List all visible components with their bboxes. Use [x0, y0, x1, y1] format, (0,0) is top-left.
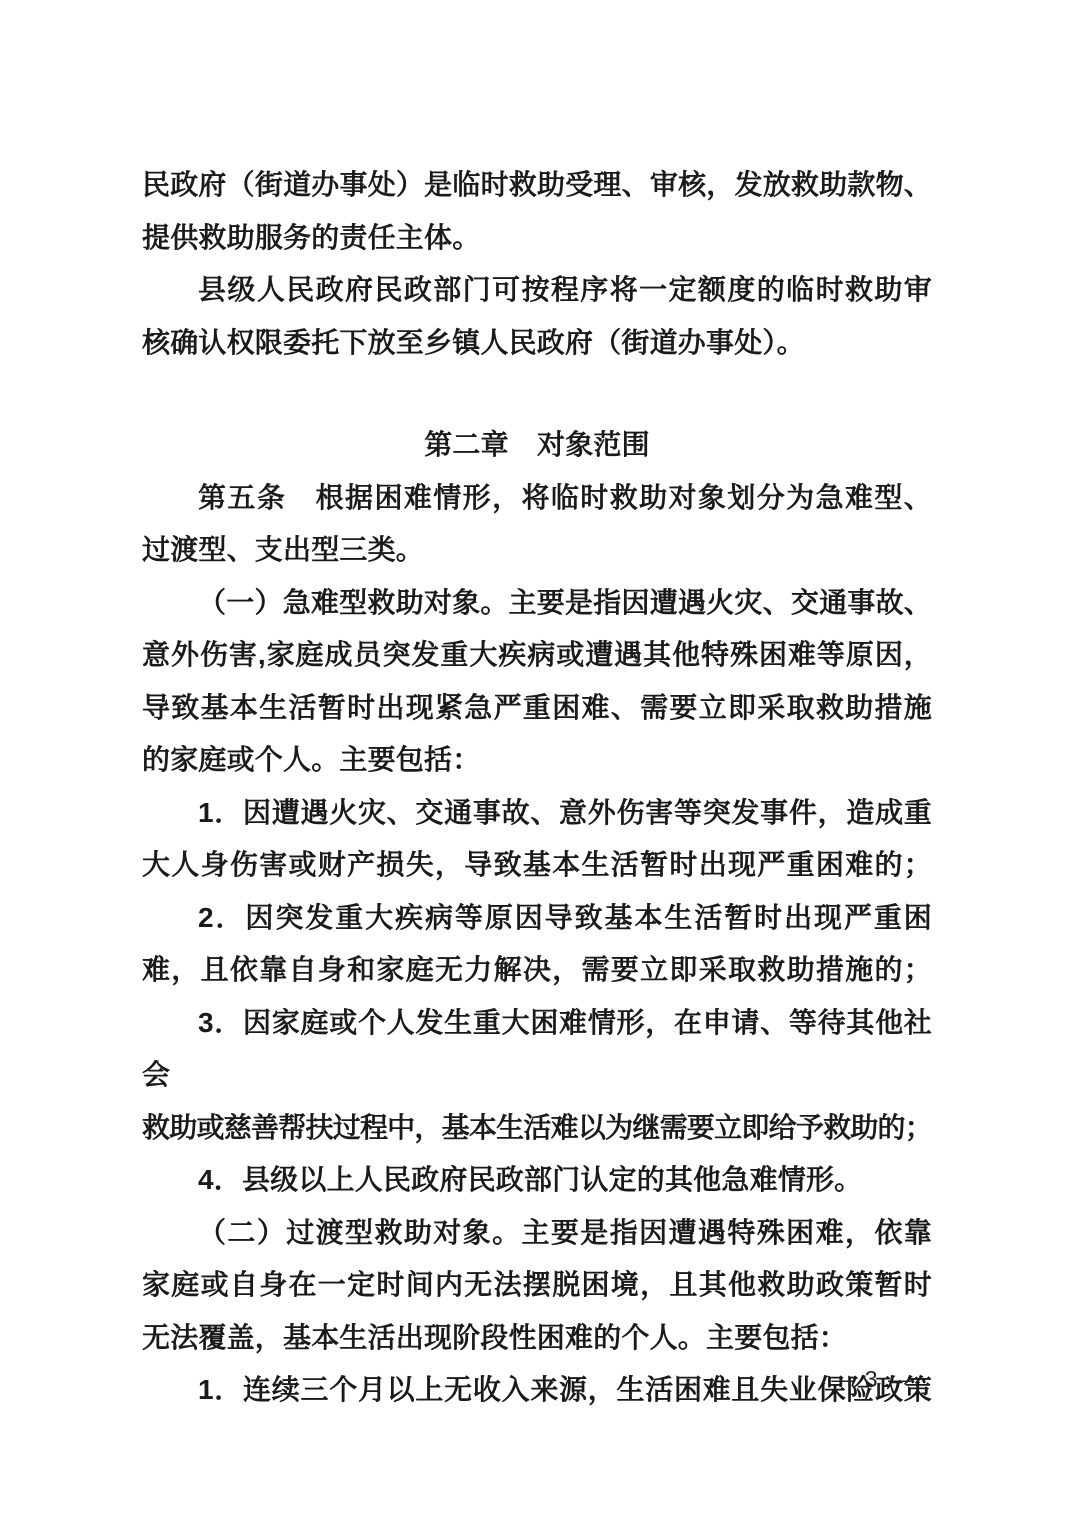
document-line: 导致基本生活暂时出现紧急严重困难、需要立即采取救助措施	[142, 682, 932, 735]
document-line: 难，且依靠自身和家庭无力解决，需要立即采取救助措施的；	[142, 944, 932, 997]
document-line: 2．因突发重大疾病等原因导致基本生活暂时出现严重困	[142, 892, 932, 945]
document-line: 提供救助服务的责任主体。	[142, 212, 932, 265]
document-line: （一）急难型救助对象。主要是指因遭遇火灾、交通事故、	[142, 577, 932, 630]
document-line: 过渡型、支出型三类。	[142, 524, 932, 577]
document-line: 第五条 根据困难情形，将临时救助对象划分为急难型、	[142, 472, 932, 525]
document-line: 救助或慈善帮扶过程中，基本生活难以为继需要立即给予救助的；	[142, 1102, 932, 1155]
document-line: （二）过渡型救助对象。主要是指因遭遇特殊困难，依靠	[142, 1207, 932, 1260]
chapter-heading: 第二章 对象范围	[142, 419, 932, 472]
document-line: 意外伤害,家庭成员突发重大疾病或遭遇其他特殊困难等原因，	[142, 629, 932, 682]
document-line: 1．因遭遇火灾、交通事故、意外伤害等突发事件，造成重	[142, 787, 932, 840]
document-line: 核确认权限委托下放至乡镇人民政府（街道办事处）。	[142, 317, 932, 370]
document-line: 无法覆盖，基本生活出现阶段性困难的个人。主要包括：	[142, 1312, 932, 1365]
document-line: 县级人民政府民政部门可按程序将一定额度的临时救助审	[142, 264, 932, 317]
document-line: 3．因家庭或个人发生重大困难情形，在申请、等待其他社会	[142, 997, 932, 1102]
document-line: 大人身伤害或财产损失，导致基本生活暂时出现严重困难的；	[142, 839, 932, 892]
document-line: 民政府（街道办事处）是临时救助受理、审核，发放救助款物、	[142, 159, 932, 212]
document-line: 4．县级以上人民政府民政部门认定的其他急难情形。	[142, 1154, 932, 1207]
document-body: 民政府（街道办事处）是临时救助受理、审核，发放救助款物、 提供救助服务的责任主体…	[142, 159, 932, 1417]
document-line: 家庭或自身在一定时间内无法摆脱困境，且其他救助政策暂时	[142, 1259, 932, 1312]
page-number: — 3 —	[831, 1366, 913, 1393]
document-line: 1．连续三个月以上无收入来源，生活困难且失业保险政策	[142, 1364, 932, 1417]
document-line: 的家庭或个人。主要包括：	[142, 734, 932, 787]
document-page: 民政府（街道办事处）是临时救助受理、审核，发放救助款物、 提供救助服务的责任主体…	[0, 0, 1074, 1520]
